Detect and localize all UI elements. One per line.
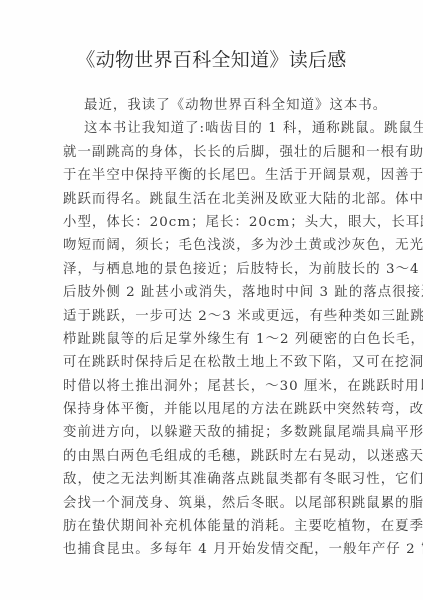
text-line: 时借以将土推出洞外；尾甚长，～30 厘米，在跳跃时用以 <box>63 375 387 398</box>
text-line: 变前进方向，以躲避天敌的捕捉；多数跳鼠尾端具扁平形 <box>63 421 387 444</box>
paragraph-1: 最近，我读了《动物世界百科全知道》这本书。 <box>63 94 387 117</box>
text-line: 肪在蛰伏期间补充机体能量的消耗。主要吃植物，在夏季 <box>63 515 387 538</box>
text-line: 适于跳跃，一步可达 2～3 米或更远，有些种类如三趾跳鼠、 <box>63 305 387 328</box>
text-line: 也捕食昆虫。多每年 4 月开始发情交配，一般年产仔 2 窝， <box>63 538 387 561</box>
text-line: 跳跃而得名。跳鼠生活在北美洲及欧亚大陆的北部。体中、 <box>63 188 387 211</box>
document-body: 最近，我读了《动物世界百科全知道》这本书。 这本书让我知道了:啮齿目的 1 科，… <box>63 94 387 562</box>
text-line: 就一副跳高的身体，长长的后脚，强壮的后腿和一根有助 <box>63 141 387 164</box>
text-line: 保持身体平衡，并能以甩尾的方法在跳跃中突然转弯，改 <box>63 398 387 421</box>
text-line: 后肢外侧 2 趾甚小或消失，落地时中间 3 趾的落点很接近， <box>63 281 387 304</box>
text-line: 吻短而阔，须长；毛色浅淡，多为沙土黄或沙灰色，无光 <box>63 234 387 257</box>
text-line: 可在跳跃时保持后足在松散土地上不致下陷，又可在挖洞 <box>63 351 387 374</box>
text-line: 泽，与栖息地的景色接近；后肢特长，为前肢长的 3～4 倍， <box>63 258 387 281</box>
paragraph-2: 这本书让我知道了:啮齿目的 1 科，通称跳鼠。跳鼠生 就一副跳高的身体，长长的后… <box>63 117 387 561</box>
text-line: 这本书让我知道了:啮齿目的 1 科，通称跳鼠。跳鼠生 <box>63 117 387 140</box>
text-line: 会找一个洞茂身、筑巢，然后冬眠。以尾部积跳鼠累的脂 <box>63 492 387 515</box>
document-page: 《动物世界百科全知道》读后感 最近，我读了《动物世界百科全知道》这本书。 这本书… <box>0 0 423 600</box>
text-line: 的由黑白两色毛组成的毛穗，跳跃时左右晃动，以迷惑天 <box>63 445 387 468</box>
text-line: 敌，使之无法判断其准确落点跳鼠类都有冬眠习性，它们 <box>63 468 387 491</box>
document-title: 《动物世界百科全知道》读后感 <box>0 47 423 73</box>
text-line: 最近，我读了《动物世界百科全知道》这本书。 <box>63 94 387 117</box>
text-line: 栉趾跳鼠等的后足掌外缘生有 1～2 列硬密的白色长毛，即 <box>63 328 387 351</box>
text-line: 于在半空中保持平衡的长尾巴。生活于开阔景观，因善于 <box>63 164 387 187</box>
text-line: 小型，体长：20cm；尾长：20cm；头大，眼大，长耳跳鼠 <box>63 211 387 234</box>
